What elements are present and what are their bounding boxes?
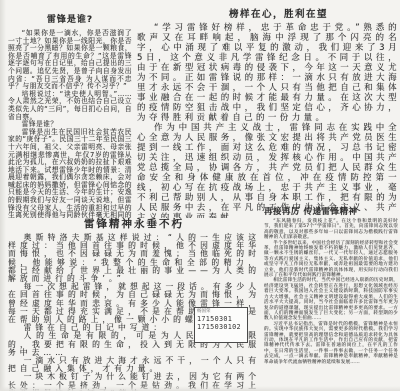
carry-on-paragraph: 习近平总书记指出，雷锋是时代的楷模，雷锋精神是永恒的。实现中华民族伟大复兴，需要… [264,322,398,365]
section-title-carry-on: 再接再厉 传递雷锋精神 [264,205,398,217]
spirit-paragraph: 奥斯特洛夫斯基这样说过：“人的一生应该这样度过：当他回首往事的时候，他不因虚度年… [8,234,260,283]
scanned-document-page: 雷锋是谁? “如果你是一滴水，你是否滋润了一寸土地？如果你是一线阳光，你是否照亮… [0,0,400,391]
annotation-id-1: 17150301 [197,315,245,323]
annotation-id-box: 杨国荣 17150301 1715030102 [194,307,248,343]
carry-on-paragraph: 相比雷锋生活的时代，当代中国已经进入崭新的历史时期，经济建设突飞猛进，社会转型正… [264,278,398,321]
section-who-is-leifeng: 雷锋是谁? “如果你是一滴水，你是否滋润了一寸土地？如果你是一线阳光，你是否照亮… [8,12,132,218]
section-spirit-immortal: 雷锋精神永垂不朽 奥斯特洛夫斯基这样说过：“人的一生应该这样度过：当他回首往事的… [8,216,260,391]
section-title-role-model: 榜样在心，胜利在望 [229,6,400,20]
scan-edge-shadow-bottom [0,386,400,391]
who-paragraph: “如果你是一滴水，你是否滋润了一寸土地？如果你是一线阳光，你是否照亮了一分黑暗？… [8,30,132,91]
section-title-spirit: 雷锋精神永垂不朽 [8,216,260,231]
section-title-who: 雷锋是谁? [8,12,132,25]
carry-on-paragraph: 半个多世纪以来，中国社会经历了深刻的经济转型和社会变革，但雷锋精神始终焕发着不朽… [264,241,398,279]
model-paragraph: “学习雷锋好榜样，忠于革命忠于党。”熟悉的歌声又在耳畔响起，脑海中浮现了那个闪亮… [137,23,400,123]
scan-edge-shadow-left [0,0,6,391]
carry-on-paragraph: “东风随春归，发我枝上花”。在这个春和景明的美好时节，我们迎来了第57个“学雷锋… [264,219,398,241]
who-paragraph: 培根说过：“读史使人明智。”……令人肃然之光荣，不妨也结合自己设立类似先人的“三… [8,91,132,121]
model-paragraph: 作为中国共产主义战士，雷锋同志在实践中全心全意为人民服务，像张文宏提出将共产党员… [137,123,400,218]
who-paragraph: 雷锋是出生在民国旧社会贫苦农民家的“庚伢子”。民国三十二年至民国三十六年间，祖父… [8,129,132,218]
spirit-paragraph: 一滴水只有放进大海才永远不干，一个人只有把自己融入集体，才有力量。 [8,357,260,373]
section-role-model: 榜样在心，胜利在望 “学习雷锋好榜样，忠于革命忠于党。”熟悉的歌声又在耳畔响起，… [137,6,400,218]
annotation-id-2: 1715030102 [197,323,245,331]
section-carry-on: 再接再厉 传递雷锋精神 “东风随春归，发我枝上花”。在这个春和景明的美好时节，我… [264,205,398,391]
